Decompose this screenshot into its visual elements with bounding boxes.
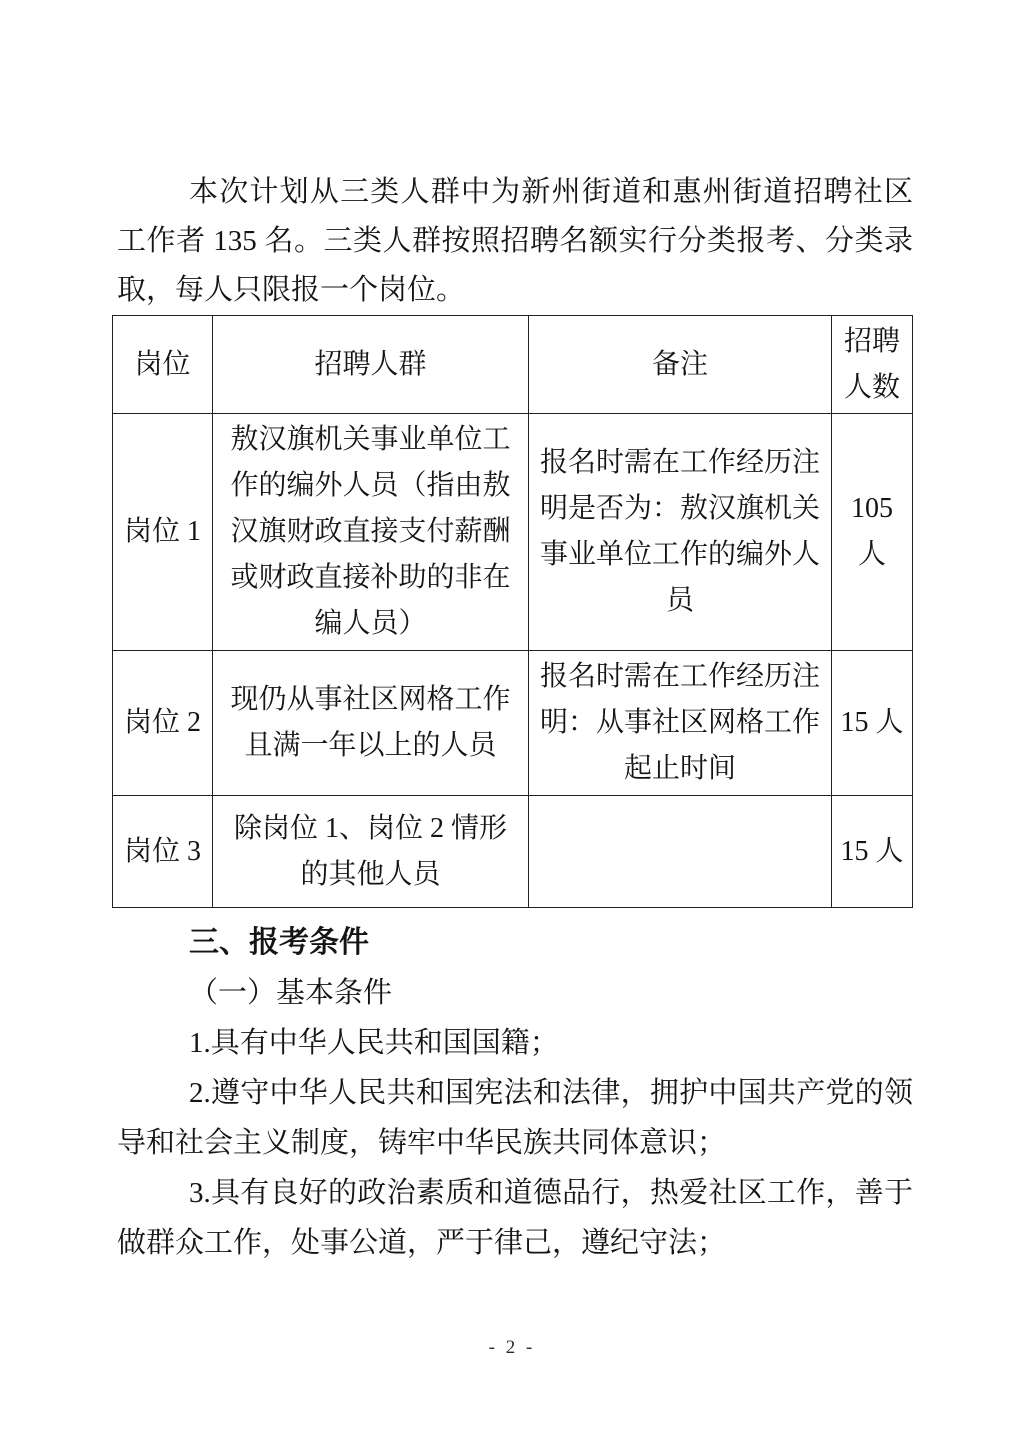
header-cell-group: 招聘人群 [213, 316, 529, 414]
page-number: - 2 - [0, 1336, 1024, 1360]
cell-position: 岗位 3 [113, 796, 213, 908]
condition-item-3: 3.具有良好的政治素质和道德品行，热爱社区工作，善于做群众工作，处事公道，严于律… [117, 1168, 913, 1268]
intro-paragraph: 本次计划从三类人群中为新州街道和惠州街道招聘社区工作者 135 名。三类人群按照… [117, 168, 913, 315]
cell-group: 敖汉旗机关事业单位工作的编外人员（指由敖汉旗财政直接支付薪酬或财政直接补助的非在… [213, 414, 529, 651]
cell-count: 105 人 [832, 414, 913, 651]
condition-item-1: 1.具有中华人民共和国国籍； [117, 1018, 913, 1068]
cell-position: 岗位 2 [113, 651, 213, 796]
cell-group: 现仍从事社区网格工作且满一年以上的人员 [213, 651, 529, 796]
table-row: 岗位 1 敖汉旗机关事业单位工作的编外人员（指由敖汉旗财政直接支付薪酬或财政直接… [113, 414, 913, 651]
cell-position: 岗位 1 [113, 414, 213, 651]
header-cell-count: 招聘人数 [832, 316, 913, 414]
header-cell-note: 备注 [529, 316, 832, 414]
cell-count: 15 人 [832, 651, 913, 796]
cell-note [529, 796, 832, 908]
condition-item-2: 2.遵守中华人民共和国宪法和法律，拥护中国共产党的领导和社会主义制度，铸牢中华民… [117, 1068, 913, 1168]
table-header-row: 岗位 招聘人群 备注 招聘人数 [113, 316, 913, 414]
header-cell-position: 岗位 [113, 316, 213, 414]
cell-note: 报名时需在工作经历注明：从事社区网格工作起止时间 [529, 651, 832, 796]
positions-table: 岗位 招聘人群 备注 招聘人数 岗位 1 敖汉旗机关事业单位工作的编外人员（指由… [112, 315, 913, 908]
cell-group: 除岗位 1、岗位 2 情形的其他人员 [213, 796, 529, 908]
section-heading: 三、报考条件 [117, 918, 913, 968]
section-subheading: （一）基本条件 [117, 968, 913, 1018]
table-row: 岗位 2 现仍从事社区网格工作且满一年以上的人员 报名时需在工作经历注明：从事社… [113, 651, 913, 796]
cell-note: 报名时需在工作经历注明是否为：敖汉旗机关事业单位工作的编外人员 [529, 414, 832, 651]
document-page: 本次计划从三类人群中为新州街道和惠州街道招聘社区工作者 135 名。三类人群按照… [117, 168, 913, 1268]
cell-count: 15 人 [832, 796, 913, 908]
table-row: 岗位 3 除岗位 1、岗位 2 情形的其他人员 15 人 [113, 796, 913, 908]
